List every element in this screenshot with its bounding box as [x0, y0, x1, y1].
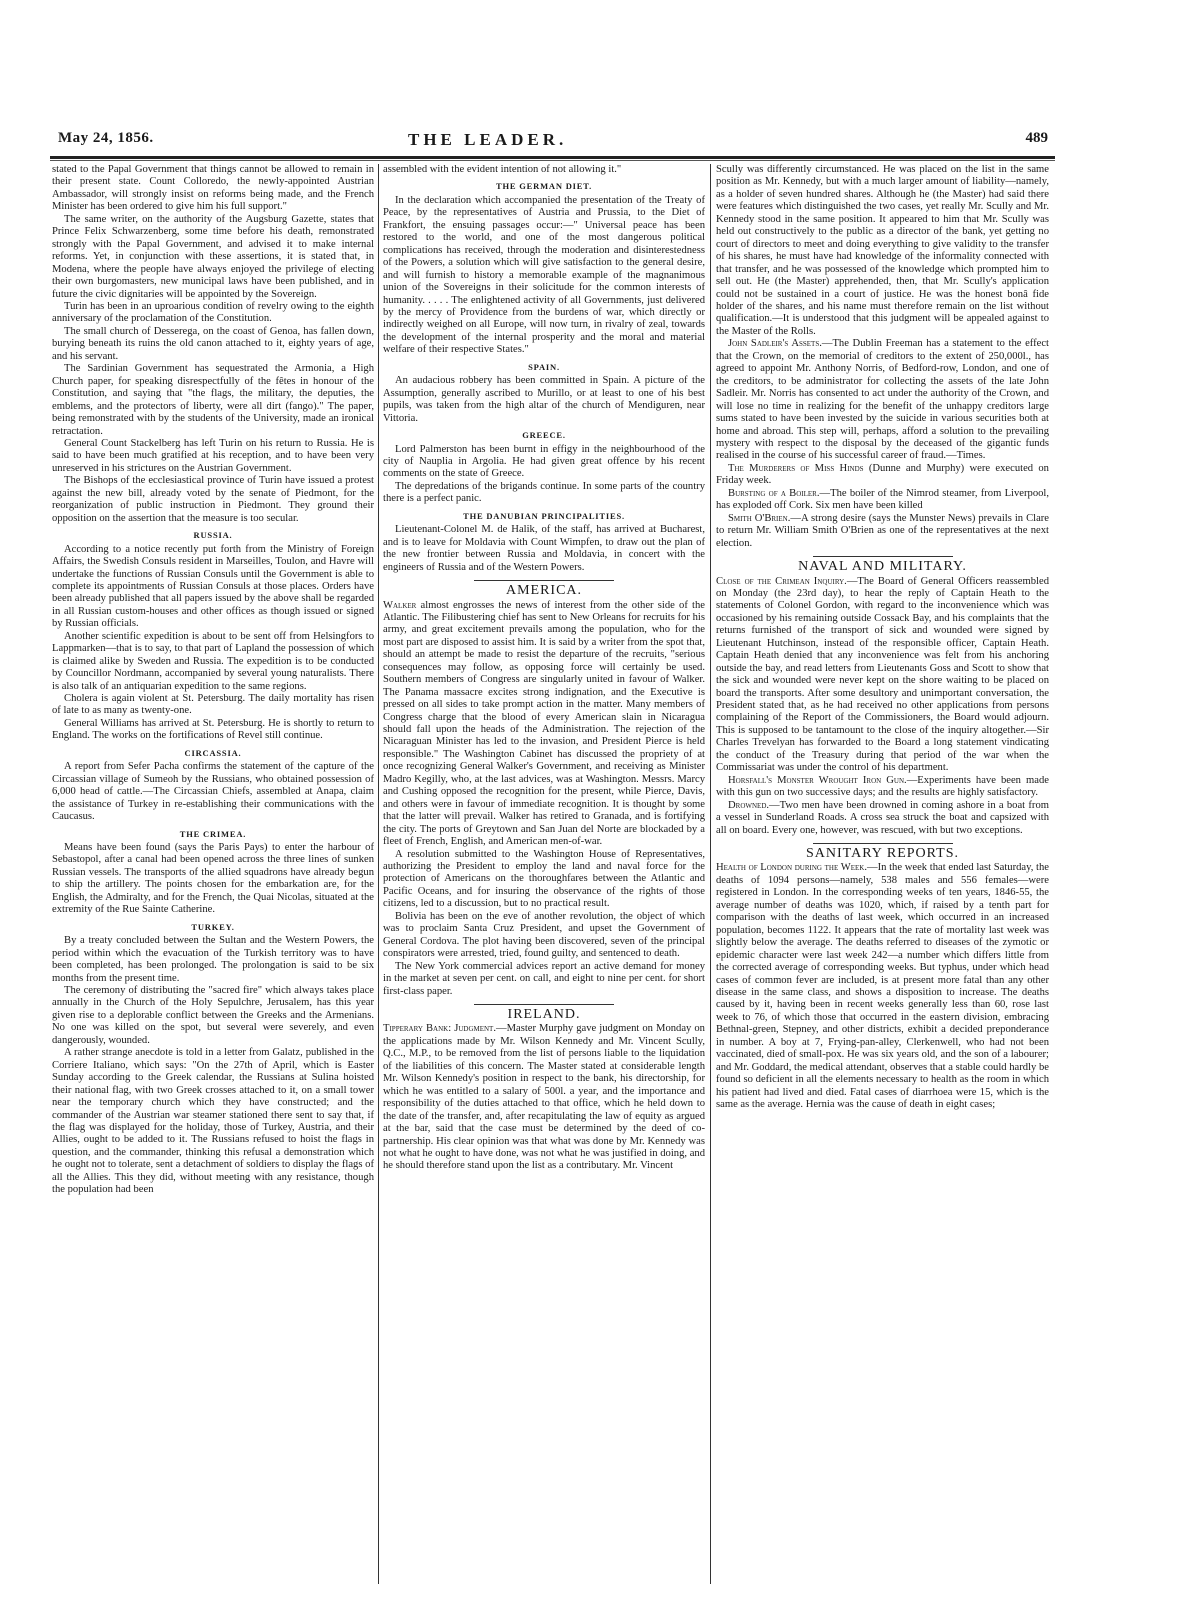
article-paragraph: Drowned.—Two men have been drowned in co… — [716, 800, 1049, 837]
section-rule — [474, 1004, 614, 1005]
lead-in: Tipperary Bank: Judgment. — [383, 1023, 496, 1034]
article-paragraph: General Count Stackelberg has left Turin… — [52, 438, 374, 475]
article-text: —The Board of General Officers reassembl… — [716, 576, 1049, 774]
article-paragraph: Another scientific expedition is about t… — [52, 631, 374, 693]
section-heading-ireland: IRELAND. — [383, 1009, 705, 1021]
section-subheading-crimea: THE CRIMEA. — [52, 828, 374, 840]
article-paragraph: assembled with the evident intention of … — [383, 164, 705, 176]
article-paragraph: General Williams has arrived at St. Pete… — [52, 718, 374, 743]
article-paragraph: The Bishops of the ecclesiastical provin… — [52, 475, 374, 525]
article-paragraph: An audacious robbery has been committed … — [383, 375, 705, 425]
article-paragraph: Cholera is again violent at St. Petersbu… — [52, 693, 374, 718]
article-paragraph: A rather strange anecdote is told in a l… — [52, 1047, 374, 1196]
article-paragraph: Tipperary Bank: Judgment.—Master Murphy … — [383, 1023, 705, 1172]
section-subheading-greece: GREECE. — [383, 429, 705, 441]
article-paragraph: The New York commercial advices report a… — [383, 961, 705, 998]
lead-in: Bursting of a Boiler. — [728, 488, 820, 499]
lead-in: Close of the Crimean Inquiry. — [716, 576, 847, 587]
column-divider — [378, 164, 379, 1584]
section-subheading-russia: RUSSIA. — [52, 529, 374, 541]
article-paragraph: In the declaration which accompanied the… — [383, 195, 705, 357]
masthead-rule-thin — [50, 160, 1055, 161]
column-middle: assembled with the evident intention of … — [383, 164, 705, 1173]
section-heading-america: AMERICA. — [383, 585, 705, 597]
masthead: May 24, 1856. THE LEADER. 489 — [58, 130, 1048, 156]
article-paragraph: The Sardinian Government has sequestrate… — [52, 363, 374, 438]
section-subheading-turkey: TURKEY. — [52, 921, 374, 933]
article-paragraph: Horsfall's Monster Wrought Iron Gun.—Exp… — [716, 775, 1049, 800]
column-divider — [710, 164, 711, 1584]
article-text: —In the week that ended last Saturday, t… — [716, 862, 1049, 1110]
section-subheading-circassia: CIRCASSIA. — [52, 747, 374, 759]
article-paragraph: Close of the Crimean Inquiry.—The Board … — [716, 576, 1049, 775]
article-paragraph: Smith O'Brien.—A strong desire (says the… — [716, 513, 1049, 550]
article-paragraph: stated to the Papal Government that thin… — [52, 164, 374, 214]
section-subheading-danubian: THE DANUBIAN PRINCIPALITIES. — [383, 510, 705, 522]
masthead-rule — [50, 156, 1055, 159]
section-rule — [813, 843, 953, 844]
issue-date: May 24, 1856. — [58, 130, 154, 147]
article-paragraph: Health of London during the Week.—In the… — [716, 862, 1049, 1111]
column-left: stated to the Papal Government that thin… — [52, 164, 374, 1197]
page-number: 489 — [1026, 130, 1049, 147]
article-paragraph: By a treaty concluded between the Sultan… — [52, 935, 374, 985]
article-paragraph: According to a notice recently put forth… — [52, 544, 374, 631]
article-paragraph: Bursting of a Boiler.—The boiler of the … — [716, 488, 1049, 513]
article-paragraph: Scully was differently circumstanced. He… — [716, 164, 1049, 338]
article-paragraph: Walker almost engrosses the news of inte… — [383, 600, 705, 849]
section-heading-naval: NAVAL AND MILITARY. — [716, 561, 1049, 573]
section-subheading-german-diet: THE GERMAN DIET. — [383, 180, 705, 192]
lead-in: Drowned. — [728, 800, 769, 811]
article-text: —Master Murphy gave judgment on Monday o… — [383, 1023, 705, 1171]
newspaper-title: THE LEADER. — [408, 130, 567, 150]
section-rule — [813, 556, 953, 557]
lead-in: Horsfall's Monster Wrought Iron Gun. — [728, 775, 907, 786]
article-paragraph: Bolivia has been on the eve of another r… — [383, 911, 705, 961]
section-rule — [474, 580, 614, 581]
lead-in: John Sadleir's Assets. — [728, 338, 822, 349]
article-paragraph: A resolution submitted to the Washington… — [383, 849, 705, 911]
article-paragraph: The Murderers of Miss Hinds (Dunne and M… — [716, 463, 1049, 488]
article-text: —The Dublin Freeman has a statement to t… — [716, 338, 1049, 461]
lead-in: Smith O'Brien. — [728, 513, 790, 524]
article-paragraph: Means have been found (says the Paris Pa… — [52, 842, 374, 917]
article-paragraph: Lieutenant-Colonel M. de Halik, of the s… — [383, 524, 705, 574]
article-paragraph: Lord Palmerston has been burnt in effigy… — [383, 444, 705, 481]
article-paragraph: John Sadleir's Assets.—The Dublin Freema… — [716, 338, 1049, 463]
lead-in: Health of London during the Week. — [716, 862, 867, 873]
article-paragraph: A report from Sefer Pacha confirms the s… — [52, 761, 374, 823]
article-paragraph: The small church of Desserega, on the co… — [52, 326, 374, 363]
lead-in: Walker — [383, 600, 416, 611]
section-subheading-spain: SPAIN. — [383, 361, 705, 373]
lead-in: The Murderers of Miss Hinds — [728, 463, 864, 474]
section-heading-sanitary: SANITARY REPORTS. — [716, 848, 1049, 860]
article-paragraph: Turin has been in an uproarious conditio… — [52, 301, 374, 326]
article-text: almost engrosses the news of interest fr… — [383, 600, 705, 848]
article-paragraph: The ceremony of distributing the "sacred… — [52, 985, 374, 1047]
column-right: Scully was differently circumstanced. He… — [716, 164, 1049, 1112]
article-paragraph: The same writer, on the authority of the… — [52, 214, 374, 301]
article-paragraph: The depredations of the brigands continu… — [383, 481, 705, 506]
